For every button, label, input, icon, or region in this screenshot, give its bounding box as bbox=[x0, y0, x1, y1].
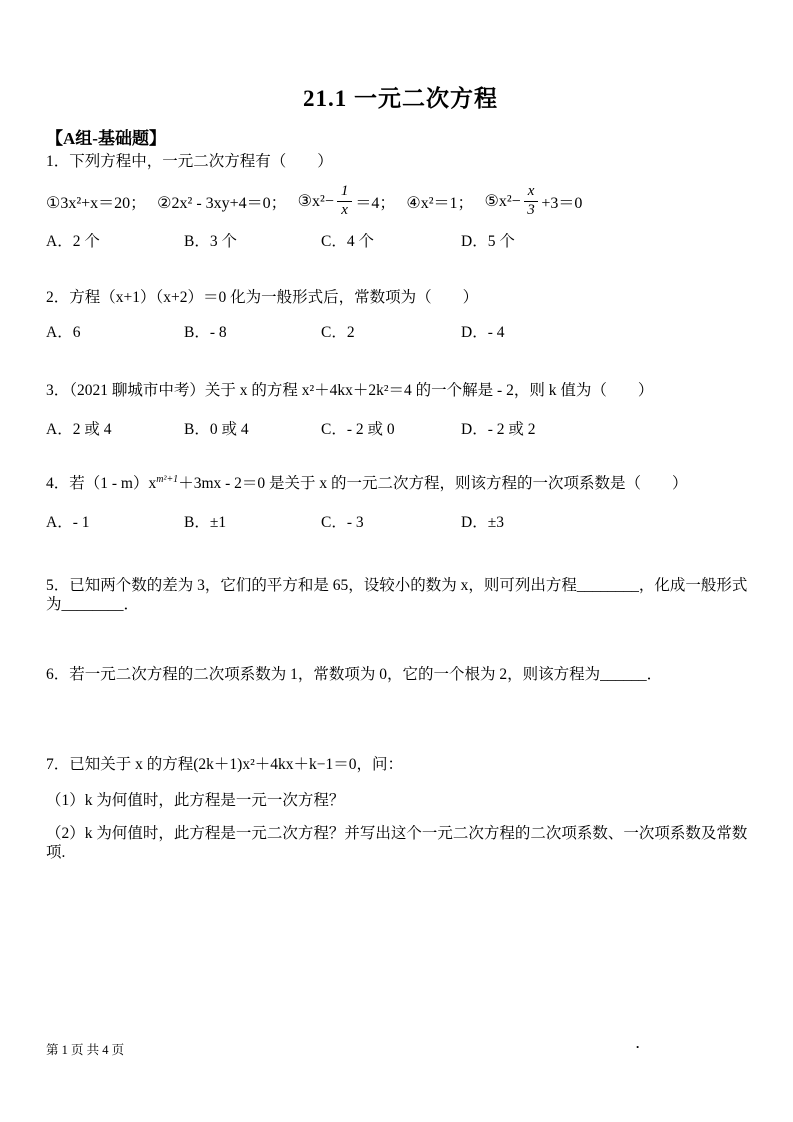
option-d: D．5 个 bbox=[461, 229, 755, 251]
fraction-1-over-x: 1 x bbox=[337, 184, 353, 219]
equation-5-pre: ⑤x²− bbox=[485, 191, 521, 211]
question-1-options: A．2 个 B．3 个 C．4 个 D．5 个 bbox=[46, 229, 755, 251]
equation-5: ⑤x²− x 3 +3＝0 bbox=[485, 184, 583, 219]
equation-5-post: +3＝0 bbox=[541, 190, 582, 213]
option-c: C．2 bbox=[321, 320, 461, 342]
option-d: D．- 2 或 2 bbox=[461, 417, 755, 439]
option-a: A．2 个 bbox=[46, 229, 184, 251]
option-c: C．- 3 bbox=[321, 510, 461, 532]
option-a: A．- 1 bbox=[46, 510, 184, 532]
option-a: A．6 bbox=[46, 320, 184, 342]
equation-3: ③x²− 1 x ＝4； bbox=[298, 184, 396, 219]
question-7-part-1: （1）k 为何值时，此方程是一元一次方程？ bbox=[46, 791, 755, 810]
question-7-part-2: （2）k 为何值时，此方程是一元二次方程？并写出这个一元二次方程的二次项系数、一… bbox=[46, 824, 755, 863]
option-d: D．- 4 bbox=[461, 320, 755, 342]
option-b: B．±1 bbox=[184, 510, 321, 532]
equation-1: ①3x²+x＝20； bbox=[46, 190, 146, 213]
question-3-stem: 3．（2021 聊城市中考）关于 x 的方程 x²＋4kx＋2k²＝4 的一个解… bbox=[46, 381, 755, 400]
option-a: A．2 或 4 bbox=[46, 417, 184, 439]
equation-3-pre: ③x²− bbox=[298, 191, 334, 211]
question-1-equations: ①3x²+x＝20； ②2x² - 3xy+4＝0； ③x²− 1 x ＝4； … bbox=[46, 177, 755, 225]
option-c: C．4 个 bbox=[321, 229, 461, 251]
question-4-stem: 4．若（1 - m）xm²+1＋3mx - 2＝0 是关于 x 的一元二次方程，… bbox=[46, 474, 755, 493]
page-footer: 第 1 页 共 4 页 bbox=[46, 1040, 124, 1058]
question-5-stem: 5．已知两个数的差为 3，它们的平方和是 65，设较小的数为 x，则可列出方程_… bbox=[46, 576, 755, 615]
fraction-numerator: 1 bbox=[337, 184, 353, 202]
option-b: B．0 或 4 bbox=[184, 417, 321, 439]
question-4-exponent: m²+1 bbox=[156, 474, 178, 485]
fraction-x-over-3: x 3 bbox=[524, 184, 539, 219]
fraction-denominator: x bbox=[341, 202, 348, 219]
equation-2: ②2x² - 3xy+4＝0； bbox=[157, 190, 287, 213]
question-4-options: A．- 1 B．±1 C．- 3 D．±3 bbox=[46, 510, 755, 532]
question-6-stem: 6．若一元二次方程的二次项系数为 1，常数项为 0，它的一个根为 2，则该方程为… bbox=[46, 665, 755, 684]
equation-3-post: ＝4； bbox=[355, 190, 395, 213]
option-d: D．±3 bbox=[461, 510, 755, 532]
question-7-stem: 7．已知关于 x 的方程(2k＋1)x²＋4kx＋k−1＝0，问： bbox=[46, 755, 755, 774]
option-b: B．- 8 bbox=[184, 320, 321, 342]
option-c: C．- 2 或 0 bbox=[321, 417, 461, 439]
question-2-stem: 2．方程（x+1）（x+2）＝0 化为一般形式后，常数项为（ ） bbox=[46, 288, 755, 307]
question-4-stem-post: ＋3mx - 2＝0 是关于 x 的一元二次方程，则该方程的一次项系数是（ ） bbox=[178, 475, 687, 492]
question-1-stem: 1．下列方程中，一元二次方程有（ ） bbox=[46, 152, 755, 171]
question-2-options: A．6 B．- 8 C．2 D．- 4 bbox=[46, 320, 755, 342]
fraction-numerator: x bbox=[524, 184, 539, 202]
section-header: 【A组-基础题】 bbox=[46, 124, 755, 149]
question-3-options: A．2 或 4 B．0 或 4 C．- 2 或 0 D．- 2 或 2 bbox=[46, 417, 755, 439]
equation-4: ④x²＝1； bbox=[406, 190, 473, 213]
question-4-stem-pre: 4．若（1 - m）x bbox=[46, 475, 156, 492]
trailing-dot: . bbox=[636, 1036, 639, 1052]
doc-title: 21.1 一元二次方程 bbox=[46, 80, 755, 113]
worksheet-page: 21.1 一元二次方程 【A组-基础题】 1．下列方程中，一元二次方程有（ ） … bbox=[0, 0, 793, 1122]
option-b: B．3 个 bbox=[184, 229, 321, 251]
fraction-denominator: 3 bbox=[527, 202, 535, 219]
